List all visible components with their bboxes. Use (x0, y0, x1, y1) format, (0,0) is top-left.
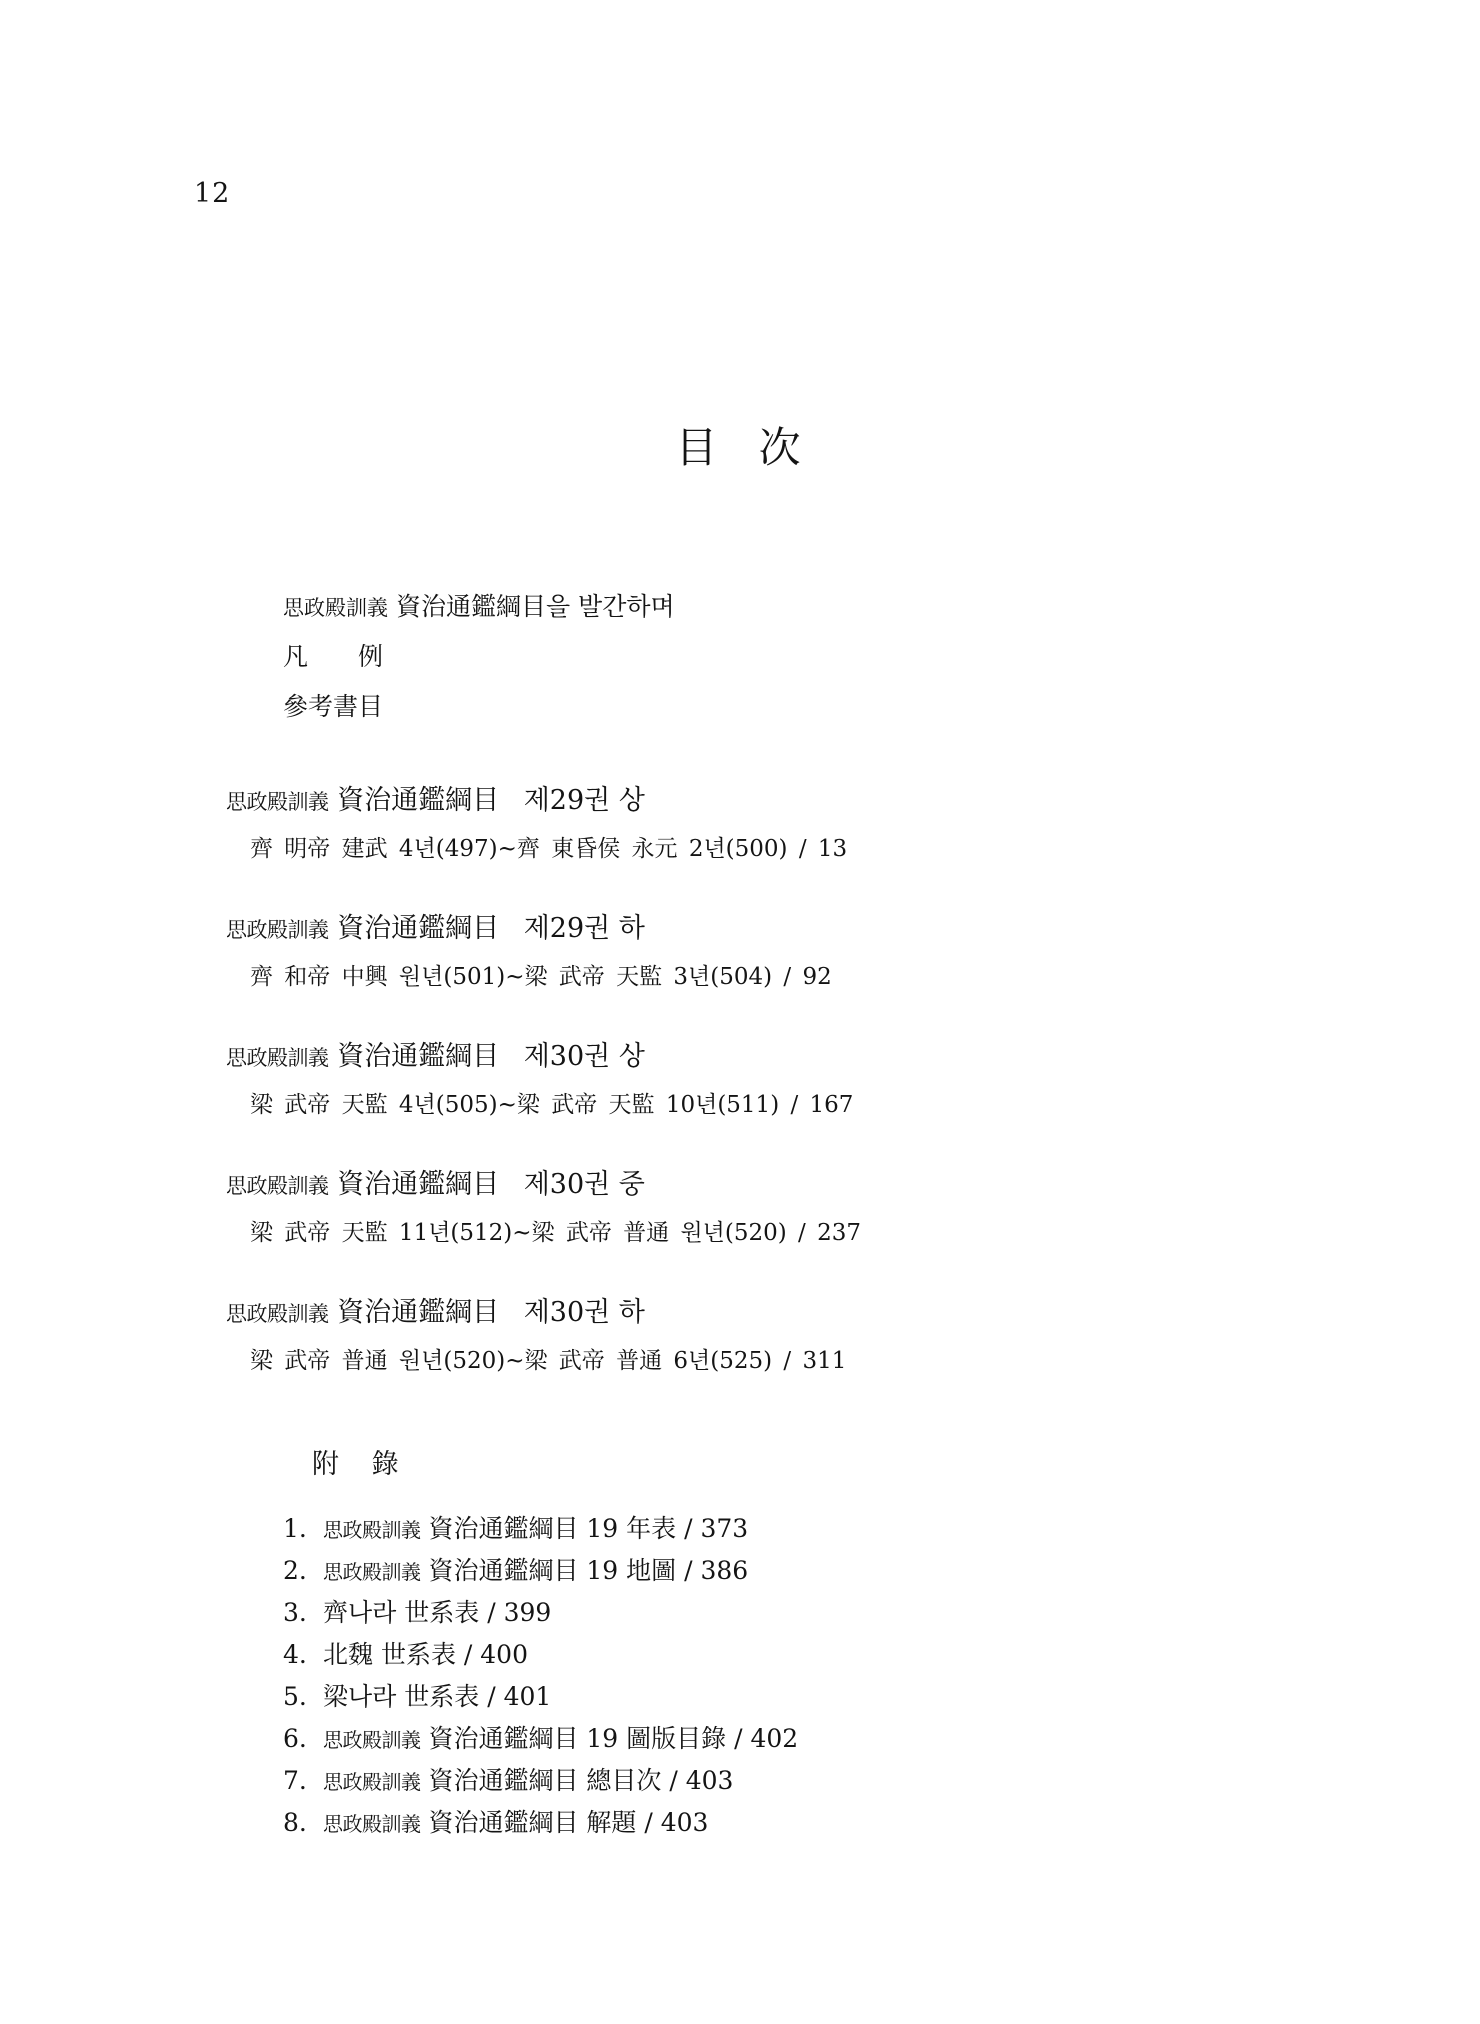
appendix-item: 5.梁나라 世系表 / 401 (283, 1676, 798, 1718)
volume-heading: 思政殿訓義 資治通鑑綱目 제29권 상 (226, 778, 861, 824)
volume-prefix: 思政殿訓義 (226, 918, 329, 942)
volume-entry: 思政殿訓義 資治通鑑綱目 제30권 상 梁 武帝 天監 4년(505)~梁 武帝… (226, 1034, 861, 1162)
front-matter-item-preface: 思政殿訓義 資治通鑑綱目을 발간하며 (283, 582, 675, 632)
appendix-list: 1.思政殿訓義 資治通鑑綱目 19 年表 / 373 2.思政殿訓義 資治通鑑綱… (283, 1508, 798, 1844)
volume-title: 資治通鑑綱目 (337, 913, 499, 944)
appendix-item-number: 6. (283, 1718, 323, 1760)
volume-prefix: 思政殿訓義 (226, 1174, 329, 1198)
appendix-item-label: 資治通鑑綱目 19 年表 / 373 (428, 1514, 748, 1543)
front-matter-section: 思政殿訓義 資治通鑑綱目을 발간하며 凡例 參考書目 (283, 582, 675, 732)
volume-title: 資治通鑑綱目 (337, 785, 499, 816)
appendix-item-label: 北魏 世系表 / 400 (323, 1640, 528, 1669)
appendix-item: 8.思政殿訓義 資治通鑑綱目 解題 / 403 (283, 1802, 798, 1844)
appendix-item-number: 8. (283, 1802, 323, 1844)
volume-number: 제30권 상 (524, 1041, 645, 1072)
volume-prefix: 思政殿訓義 (226, 1302, 329, 1326)
appendix-item-number: 3. (283, 1592, 323, 1634)
appendix-item: 7.思政殿訓義 資治通鑑綱目 總目次 / 403 (283, 1760, 798, 1802)
appendix-item: 2.思政殿訓義 資治通鑑綱目 19 地圖 / 386 (283, 1550, 798, 1592)
appendix-item-label: 資治通鑑綱目 19 地圖 / 386 (428, 1556, 748, 1585)
volume-range: 齊 明帝 建武 4년(497)~齊 東昏侯 永元 2년(500) / 13 (250, 824, 861, 874)
appendix-item-number: 7. (283, 1760, 323, 1802)
volume-title: 資治通鑑綱目 (337, 1169, 499, 1200)
volume-heading: 思政殿訓義 資治通鑑綱目 제30권 중 (226, 1162, 861, 1208)
volume-range: 梁 武帝 天監 11년(512)~梁 武帝 普通 원년(520) / 237 (250, 1208, 861, 1258)
volume-title: 資治通鑑綱目 (337, 1041, 499, 1072)
front-matter-prefix: 思政殿訓義 (283, 596, 388, 620)
front-matter-item-explanatory-notes: 凡例 (283, 632, 675, 682)
volume-range: 梁 武帝 天監 4년(505)~梁 武帝 天監 10년(511) / 167 (250, 1080, 861, 1130)
appendix-item-number: 5. (283, 1676, 323, 1718)
front-matter-label: 凡例 (283, 642, 433, 671)
appendix-item-label: 資治通鑑綱目 解題 / 403 (428, 1808, 708, 1837)
appendix-item-label: 資治通鑑綱目 總目次 / 403 (428, 1766, 733, 1795)
volume-title: 資治通鑑綱目 (337, 1297, 499, 1328)
front-matter-label: 參考書目 (283, 692, 383, 721)
volume-entry: 思政殿訓義 資治通鑑綱目 제30권 하 梁 武帝 普通 원년(520)~梁 武帝… (226, 1290, 861, 1418)
page-title: 目 次 (0, 415, 1480, 475)
volume-prefix: 思政殿訓義 (226, 1046, 329, 1070)
appendix-item-prefix: 思政殿訓義 (323, 1518, 421, 1542)
volume-range: 齊 和帝 中興 원년(501)~梁 武帝 天監 3년(504) / 92 (250, 952, 861, 1002)
appendix-item: 1.思政殿訓義 資治通鑑綱目 19 年表 / 373 (283, 1508, 798, 1550)
volume-heading: 思政殿訓義 資治通鑑綱目 제29권 하 (226, 906, 861, 952)
appendix-item-prefix: 思政殿訓義 (323, 1770, 421, 1794)
volume-heading: 思政殿訓義 資治通鑑綱目 제30권 상 (226, 1034, 861, 1080)
appendix-item-label: 資治通鑑綱目 19 圖版目錄 / 402 (428, 1724, 798, 1753)
appendix-item: 4.北魏 世系表 / 400 (283, 1634, 798, 1676)
appendix-item: 3.齊나라 世系表 / 399 (283, 1592, 798, 1634)
appendix-item-prefix: 思政殿訓義 (323, 1728, 421, 1752)
appendix-item-label: 齊나라 世系表 / 399 (323, 1598, 551, 1627)
appendix-item-prefix: 思政殿訓義 (323, 1812, 421, 1836)
volume-entry: 思政殿訓義 資治通鑑綱目 제30권 중 梁 武帝 天監 11년(512)~梁 武… (226, 1162, 861, 1290)
appendix-item-prefix: 思政殿訓義 (323, 1560, 421, 1584)
front-matter-item-references: 參考書目 (283, 682, 675, 732)
appendix-item-number: 2. (283, 1550, 323, 1592)
volume-number: 제29권 상 (524, 785, 645, 816)
volume-number: 제30권 하 (524, 1297, 645, 1328)
volume-number: 제29권 하 (524, 913, 645, 944)
appendix-item-number: 4. (283, 1634, 323, 1676)
appendix-item-label: 梁나라 世系表 / 401 (323, 1682, 551, 1711)
appendix-title: 附 錄 (312, 1442, 411, 1481)
volume-entry: 思政殿訓義 資治通鑑綱目 제29권 상 齊 明帝 建武 4년(497)~齊 東昏… (226, 778, 861, 906)
volume-list: 思政殿訓義 資治通鑑綱目 제29권 상 齊 明帝 建武 4년(497)~齊 東昏… (226, 778, 861, 1418)
volume-entry: 思政殿訓義 資治通鑑綱目 제29권 하 齊 和帝 中興 원년(501)~梁 武帝… (226, 906, 861, 1034)
appendix-item-number: 1. (283, 1508, 323, 1550)
appendix-item: 6.思政殿訓義 資治通鑑綱目 19 圖版目錄 / 402 (283, 1718, 798, 1760)
page-number: 12 (194, 178, 230, 209)
volume-prefix: 思政殿訓義 (226, 790, 329, 814)
front-matter-label: 資治通鑑綱目을 발간하며 (396, 592, 675, 621)
volume-range: 梁 武帝 普通 원년(520)~梁 武帝 普通 6년(525) / 311 (250, 1336, 861, 1386)
volume-heading: 思政殿訓義 資治通鑑綱目 제30권 하 (226, 1290, 861, 1336)
volume-number: 제30권 중 (524, 1169, 645, 1200)
